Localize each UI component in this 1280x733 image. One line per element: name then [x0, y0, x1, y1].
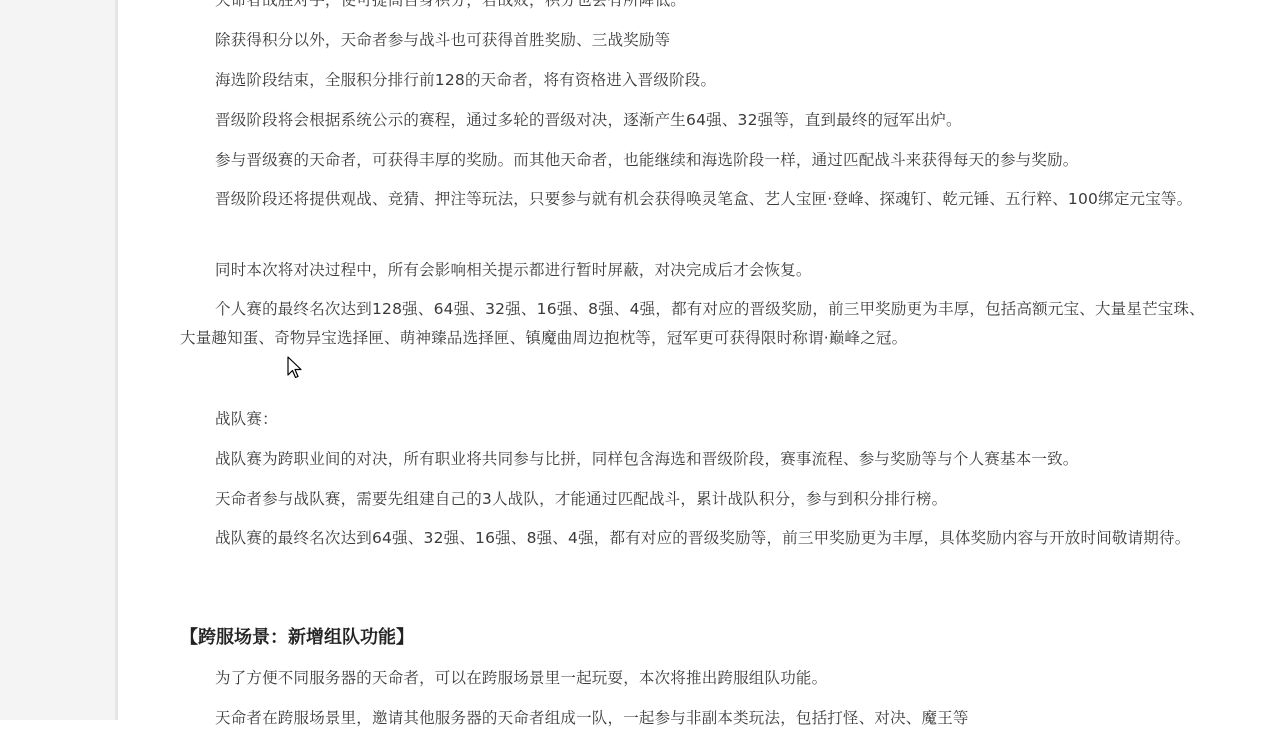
mouse-cursor-icon: [287, 356, 303, 380]
section-heading: 【跨服场景：新增组队功能】: [180, 623, 414, 653]
paragraph: 晋级阶段还将提供观战、竞猜、押注等玩法，只要参与就有机会获得唤灵笔盒、艺人宝匣·…: [180, 185, 1205, 214]
paragraph: 为了方便不同服务器的天命者，可以在跨服场景里一起玩耍，本次将推出跨服组队功能。: [180, 663, 1240, 693]
document-body: 天命者战胜对手，便可提高自身积分，若战败，积分也会有所降低。 除获得积分以外，天…: [180, 0, 1210, 720]
paragraph: 天命者参与战队赛，需要先组建自己的3人战队，才能通过匹配战斗，累计战队积分，参与…: [180, 484, 1240, 514]
paragraph: 天命者战胜对手，便可提高自身积分，若战败，积分也会有所降低。: [180, 0, 1240, 15]
paragraph: 海选阶段结束，全服积分排行前128的天命者，将有资格进入晋级阶段。: [180, 65, 1240, 95]
paragraph: 个人赛的最终名次达到128强、64强、32强、16强、8强、4强，都有对应的晋级…: [180, 295, 1205, 353]
paragraph: 参与晋级赛的天命者，可获得丰厚的奖励。而其他天命者，也能继续和海选阶段一样，通过…: [180, 145, 1240, 175]
left-panel: [0, 0, 118, 720]
paragraph: 同时本次将对决过程中，所有会影响相关提示都进行暂时屏蔽，对决完成后才会恢复。: [180, 255, 1240, 285]
paragraph: 战队赛为跨职业间的对决，所有职业将共同参与比拼，同样包含海选和晋级阶段，赛事流程…: [180, 444, 1240, 474]
paragraph: 战队赛的最终名次达到64强、32强、16强、8强、4强，都有对应的晋级奖励等，前…: [180, 524, 1205, 553]
paragraph: 除获得积分以外，天命者参与战斗也可获得首胜奖励、三战奖励等: [180, 25, 1240, 55]
paragraph: 天命者在跨服场景里，邀请其他服务器的天命者组成一队，一起参与非副本类玩法，包括打…: [180, 703, 1240, 720]
subheading-team-match: 战队赛：: [180, 404, 1240, 434]
paragraph: 晋级阶段将会根据系统公示的赛程，通过多轮的晋级对决，逐渐产生64强、32强等，直…: [180, 105, 1240, 135]
